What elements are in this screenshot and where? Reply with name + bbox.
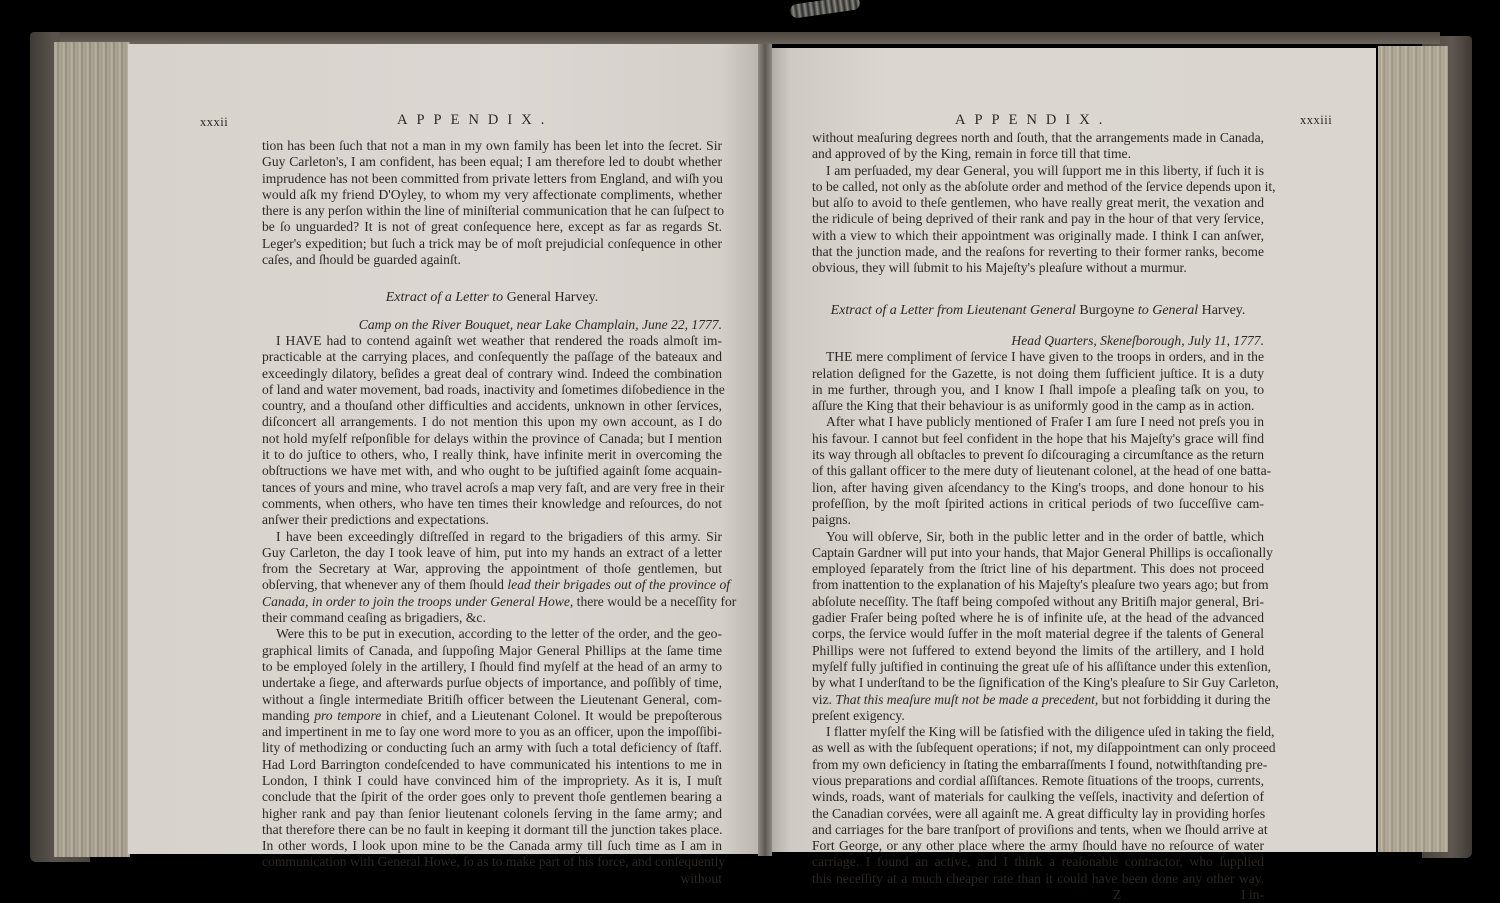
text-line: corps, the ſervice would ſuffer in the m…: [812, 626, 1264, 642]
text-line: myſelf fully juſtified in continuing the…: [812, 659, 1264, 675]
text-line: obvious, they will ſubmit to his Majeſty…: [812, 260, 1264, 276]
text-span: obſerving, that whenever any of them ſho…: [262, 577, 504, 592]
text-line: abſolute neceſſity. The ſtaff being comp…: [812, 594, 1264, 610]
text-line: of land and water movement, bad roads, i…: [262, 382, 722, 398]
text-line: carriage. I found an active, and I think…: [812, 854, 1264, 870]
text-line: Captain Gardner will put into your hands…: [812, 545, 1264, 561]
top-binding-edge: [60, 32, 1440, 44]
right-folio: xxxiii: [1300, 113, 1332, 128]
text-line: THE mere compliment of ſervice I have gi…: [812, 349, 1264, 365]
text-line: from inattention to the explanation of h…: [812, 577, 1264, 593]
text-line: Guy Carleton, the day I took leave of hi…: [262, 545, 722, 561]
text-line: higher rank and pay than ſenior lieutena…: [262, 806, 722, 822]
text-line: obſerving, that whenever any of them ſho…: [262, 577, 722, 593]
book-gutter: [758, 44, 772, 856]
heading-italic: to General: [1138, 303, 1198, 318]
left-catchword: without: [262, 871, 722, 887]
text-line: practicable at the carrying places, and …: [262, 349, 722, 365]
text-line: lion, after having given aſcendancy to t…: [812, 480, 1264, 496]
text-line: lity of methodizing or conducting ſuch a…: [262, 740, 722, 756]
text-line: I have been exceedingly diſtreſſed in re…: [262, 529, 722, 545]
text-line: relation deſigned for the Gazette, is no…: [812, 366, 1264, 382]
text-line: to be called, not only as the abſolute o…: [812, 179, 1264, 195]
right-running-head: APPENDIX.: [955, 112, 1111, 129]
text-line: communication with General Howe, ſo as t…: [262, 854, 722, 870]
text-line: of this gallant officer to the mere duty…: [812, 463, 1264, 479]
text-line: in me further, through you, and I know I…: [812, 382, 1264, 398]
text-line: After what I have publicly mentioned of …: [812, 414, 1264, 430]
text-line: and approved of by the King, remain in f…: [812, 146, 1264, 162]
text-line: with a view to which their appointment w…: [812, 228, 1264, 244]
text-line: preſent exigency.: [812, 708, 1264, 724]
text-span: viz.: [812, 692, 832, 707]
heading-italic: Extract of a Letter from Lieutenant Gene…: [831, 303, 1076, 318]
text-line: You will obſerve, Sir, both in the publi…: [812, 529, 1264, 545]
text-line: tion has been ſuch that not a man in my …: [262, 138, 722, 154]
text-line: profeſſion, by the moſt ſpirited actions…: [812, 496, 1264, 512]
text-line: country, and a thouſand other difficulti…: [262, 398, 722, 414]
right-paragraph-6: I flatter myſelf the King will be ſatisf…: [812, 724, 1264, 887]
bookmark-ribbon: [789, 0, 860, 19]
right-paragraph-4: After what I have publicly mentioned of …: [812, 414, 1264, 528]
left-paragraph-2: I HAVE had to contend againſt wet weathe…: [262, 333, 722, 529]
left-paragraph-1: tion has been ſuch that not a man in my …: [262, 138, 722, 268]
text-line: but alſo to avoid to theſe gentlemen, wh…: [812, 195, 1264, 211]
left-page-body: tion has been ſuch that not a man in my …: [262, 138, 722, 887]
right-paragraph-1: without meaſuring degrees north and ſout…: [812, 130, 1264, 163]
text-italic: That this meaſure muſt not be made a pre…: [835, 692, 1098, 707]
text-line: and carriages for the bare tranſport of …: [812, 822, 1264, 838]
text-italic: pro tempore: [314, 708, 381, 723]
text-line: Fort George, or any other place where th…: [812, 838, 1264, 854]
left-folio: xxxii: [200, 115, 228, 130]
text-line: manding pro tempore in chief, and a Lieu…: [262, 708, 722, 724]
text-line: there is any perſon within the line of m…: [262, 203, 722, 219]
right-page-footer: Z I in-: [812, 887, 1264, 903]
text-line: graphical limits of Canada, and ſuppoſin…: [262, 643, 722, 659]
text-line: that therefore there can be no fault in …: [262, 822, 722, 838]
text-line: Guy Carleton's, I am confident, has been…: [262, 154, 722, 170]
text-line: to be employed ſolely in the artillery, …: [262, 659, 722, 675]
text-line: by what I underſtand to be the ſignifica…: [812, 675, 1264, 691]
text-line: Phillips were not ſuffered to extend bey…: [812, 643, 1264, 659]
text-line: obſtructions we have met with, and who o…: [262, 463, 722, 479]
right-catchword: I in-: [1241, 887, 1264, 903]
left-letter-heading: Extract of a Letter to General Harvey.: [262, 290, 722, 306]
text-line: conclude that the ſpirit of the order go…: [262, 789, 722, 805]
text-line: gadier Fraſer being poſted where he is o…: [812, 610, 1264, 626]
text-line: viz. That this meaſure muſt not be made …: [812, 692, 1264, 708]
text-line: I am perſuaded, my dear General, you wil…: [812, 163, 1264, 179]
right-paragraph-5: You will obſerve, Sir, both in the publi…: [812, 529, 1264, 725]
heading-roman: General Harvey.: [507, 290, 599, 305]
text-line: tances of yours and mine, who travel acr…: [262, 480, 722, 496]
text-line: undertake a ſiege, and afterwards purſue…: [262, 675, 722, 691]
text-line: would aſk my friend D'Oyley, to whom my …: [262, 187, 722, 203]
right-paragraph-3: THE mere compliment of ſervice I have gi…: [812, 349, 1264, 414]
text-span: but not forbidding it during the: [1102, 692, 1271, 707]
text-line: Leger's expedition; but ſuch a trick may…: [262, 236, 722, 252]
text-line: paigns.: [812, 512, 1264, 528]
text-line: his favour. I cannot but feel confident …: [812, 431, 1264, 447]
text-line: without a ſingle intermediate Britiſh of…: [262, 692, 722, 708]
left-dateline: Camp on the River Bouquet, near Lake Cha…: [262, 317, 722, 333]
left-paragraph-3: I have been exceedingly diſtreſſed in re…: [262, 529, 722, 627]
text-line: exceedingly dilatory, beſides a great de…: [262, 366, 722, 382]
text-line: In other words, I look upon mine to be t…: [262, 838, 722, 854]
heading-italic: Extract of a Letter to: [386, 290, 503, 305]
text-line: comments, when others, who have ten time…: [262, 496, 722, 512]
text-line: not hold myſelf reſponſible for delays w…: [262, 431, 722, 447]
text-span: manding: [262, 708, 310, 723]
text-line: I flatter myſelf the King will be ſatisf…: [812, 724, 1264, 740]
heading-roman: Harvey.: [1202, 303, 1246, 318]
text-line: London, I think I could have convinced h…: [262, 773, 722, 789]
text-line: caſes, and ſhould be guarded againſt.: [262, 252, 722, 268]
text-line: imprudence has not been committed from p…: [262, 171, 722, 187]
text-line: and impertinent in me to ſay one word mo…: [262, 724, 722, 740]
text-line: I HAVE had to contend againſt wet weathe…: [262, 333, 722, 349]
right-paragraph-2: I am perſuaded, my dear General, you wil…: [812, 163, 1264, 277]
left-running-head: APPENDIX.: [397, 112, 553, 129]
text-line: as well as with the ſubſequent operation…: [812, 740, 1264, 756]
text-line: the Canadian corvées, were all againſt m…: [812, 806, 1264, 822]
left-page-edges: [54, 42, 130, 857]
text-line: winds, roads, want of materials for caul…: [812, 789, 1264, 805]
text-line: Had Lord Barrington condeſcended to have…: [262, 757, 722, 773]
text-span: in chief, and a Lieutenant Colonel. It w…: [386, 708, 722, 723]
right-letter-heading: Extract of a Letter from Lieutenant Gene…: [812, 303, 1264, 319]
right-dateline: Head Quarters, Skeneſborough, July 11, 1…: [812, 333, 1264, 349]
text-italic: lead their brigades out of the province …: [507, 577, 730, 592]
left-paragraph-4: Were this to be put in execution, accord…: [262, 626, 722, 870]
text-line: diſconcert all arrangements. I do not me…: [262, 414, 722, 430]
right-page-edges: [1378, 46, 1448, 852]
right-page-body: without meaſuring degrees north and ſout…: [812, 130, 1264, 903]
text-line: from my own deficiency in ſtating the em…: [812, 757, 1264, 773]
text-line: from the Secretary at War, approving the…: [262, 561, 722, 577]
text-line: employed ſeparately from the ſtrict line…: [812, 561, 1264, 577]
text-line: its way through all obſtacles to prevent…: [812, 447, 1264, 463]
text-line: it to do juſtice to others, who, I reall…: [262, 447, 722, 463]
text-line: vious preparations and cordial aſſiſtanc…: [812, 773, 1264, 789]
heading-roman: Burgoyne: [1079, 303, 1134, 318]
text-span: there would be a neceſſity for: [577, 594, 737, 609]
text-italic: Canada, in order to join the troops unde…: [262, 594, 573, 609]
text-line: without meaſuring degrees north and ſout…: [812, 130, 1264, 146]
text-line: this neceſſity at a much cheaper rate th…: [812, 871, 1264, 887]
text-line: be ſo unguarded? It is not of great conſ…: [262, 219, 722, 235]
text-line: anſwer their predictions and expectation…: [262, 512, 722, 528]
text-line: Canada, in order to join the troops unde…: [262, 594, 722, 610]
text-line: their command ceaſing as brigadiers, &c.: [262, 610, 722, 626]
text-line: the ridicule of being deprived of their …: [812, 211, 1264, 227]
signature-mark: Z: [1113, 887, 1121, 903]
text-line: that the junction made, and the reaſons …: [812, 244, 1264, 260]
text-line: aſſure the King that their behaviour is …: [812, 398, 1264, 414]
text-line: Were this to be put in execution, accord…: [262, 626, 722, 642]
